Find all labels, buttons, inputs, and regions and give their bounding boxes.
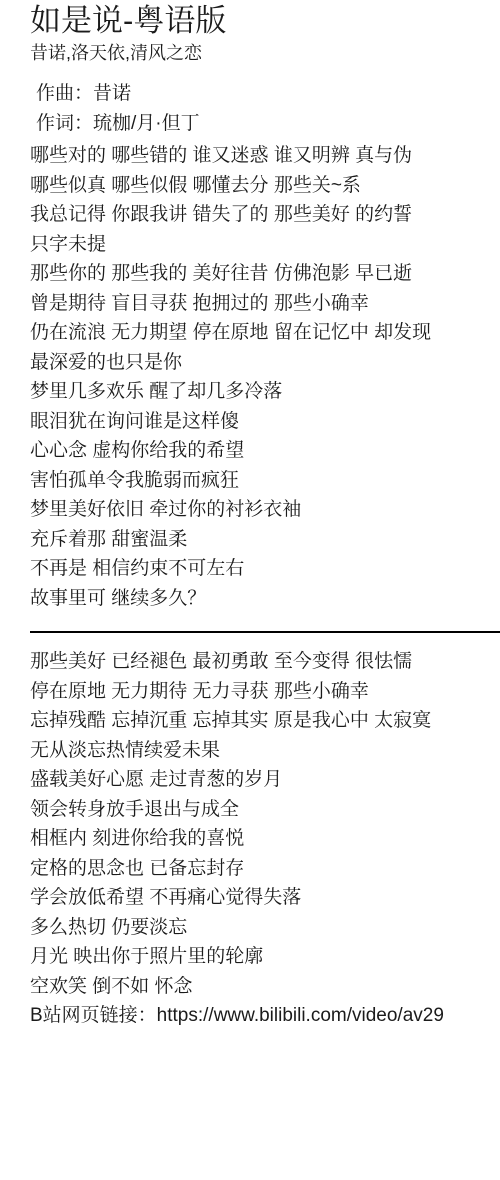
lyrics-verse-1: 哪些对的 哪些错的 谁又迷惑 谁又明辨 真与伪哪些似真 哪些似假 哪懂去分 那些… [30, 141, 500, 613]
lyric-line: 我总记得 你跟我讲 错失了的 那些美好 的约誓 [30, 200, 500, 230]
section-divider [30, 631, 500, 633]
song-artists: 昔诺,洛天依,清风之恋 [30, 42, 500, 65]
lyric-line: 哪些似真 哪些似假 哪懂去分 那些关~系 [30, 171, 500, 201]
lyric-line: 多么热切 仍要淡忘 [30, 913, 500, 943]
lyric-line: 哪些对的 哪些错的 谁又迷惑 谁又明辨 真与伪 [30, 141, 500, 171]
lyric-line: 充斥着那 甜蜜温柔 [30, 525, 500, 555]
lyric-line: 停在原地 无力期待 无力寻获 那些小确幸 [30, 677, 500, 707]
lyric-line: 盛载美好心愿 走过青葱的岁月 [30, 765, 500, 795]
lyric-line: 眼泪犹在询问谁是这样傻 [30, 407, 500, 437]
lyric-line: 曾是期待 盲目寻获 抱拥过的 那些小确幸 [30, 289, 500, 319]
lyric-line: 无从淡忘热情续爱未果 [30, 736, 500, 766]
lyric-line: 故事里可 继续多久？ [30, 584, 500, 614]
lyric-line: 心心念 虚构你给我的希望 [30, 436, 500, 466]
lyric-line: 领会转身放手退出与成全 [30, 795, 500, 825]
lyric-line: 不再是 相信约束不可左右 [30, 554, 500, 584]
credit-line: 作曲：昔诺 [36, 79, 500, 109]
lyrics-verse-2: 那些美好 已经褪色 最初勇敢 至今变得 很怯懦停在原地 无力期待 无力寻获 那些… [30, 647, 500, 1001]
lyric-line: 空欢笑 倒不如 怀念 [30, 972, 500, 1002]
lyric-line: 只字未提 [30, 230, 500, 260]
lyric-line: 梦里几多欢乐 醒了却几多冷落 [30, 377, 500, 407]
lyric-line: 害怕孤单令我脆弱而疯狂 [30, 466, 500, 496]
lyric-line: 仍在流浪 无力期望 停在原地 留在记忆中 却发现 [30, 318, 500, 348]
bilibili-link-line: B站网页链接：https://www.bilibili.com/video/av… [30, 1001, 500, 1031]
lyric-line: 梦里美好依旧 牵过你的衬衫衣袖 [30, 495, 500, 525]
song-title: 如是说-粤语版 [30, 0, 500, 42]
lyric-line: 学会放低希望 不再痛心觉得失落 [30, 883, 500, 913]
lyric-line: 月光 映出你于照片里的轮廓 [30, 942, 500, 972]
lyric-line: 相框内 刻进你给我的喜悦 [30, 824, 500, 854]
lyric-line: 忘掉残酷 忘掉沉重 忘掉其实 原是我心中 太寂寞 [30, 706, 500, 736]
credit-line: 作词：琉枷/月·但丁 [36, 109, 500, 139]
song-credits: 作曲：昔诺作词：琉枷/月·但丁 [30, 79, 500, 138]
lyric-line: 那些你的 那些我的 美好往昔 仿佛泡影 早已逝 [30, 259, 500, 289]
lyrics-page: 如是说-粤语版 昔诺,洛天依,清风之恋 作曲：昔诺作词：琉枷/月·但丁 哪些对的… [0, 0, 500, 1031]
lyric-line: 那些美好 已经褪色 最初勇敢 至今变得 很怯懦 [30, 647, 500, 677]
lyric-line: 定格的思念也 已备忘封存 [30, 854, 500, 884]
lyric-line: 最深爱的也只是你 [30, 348, 500, 378]
